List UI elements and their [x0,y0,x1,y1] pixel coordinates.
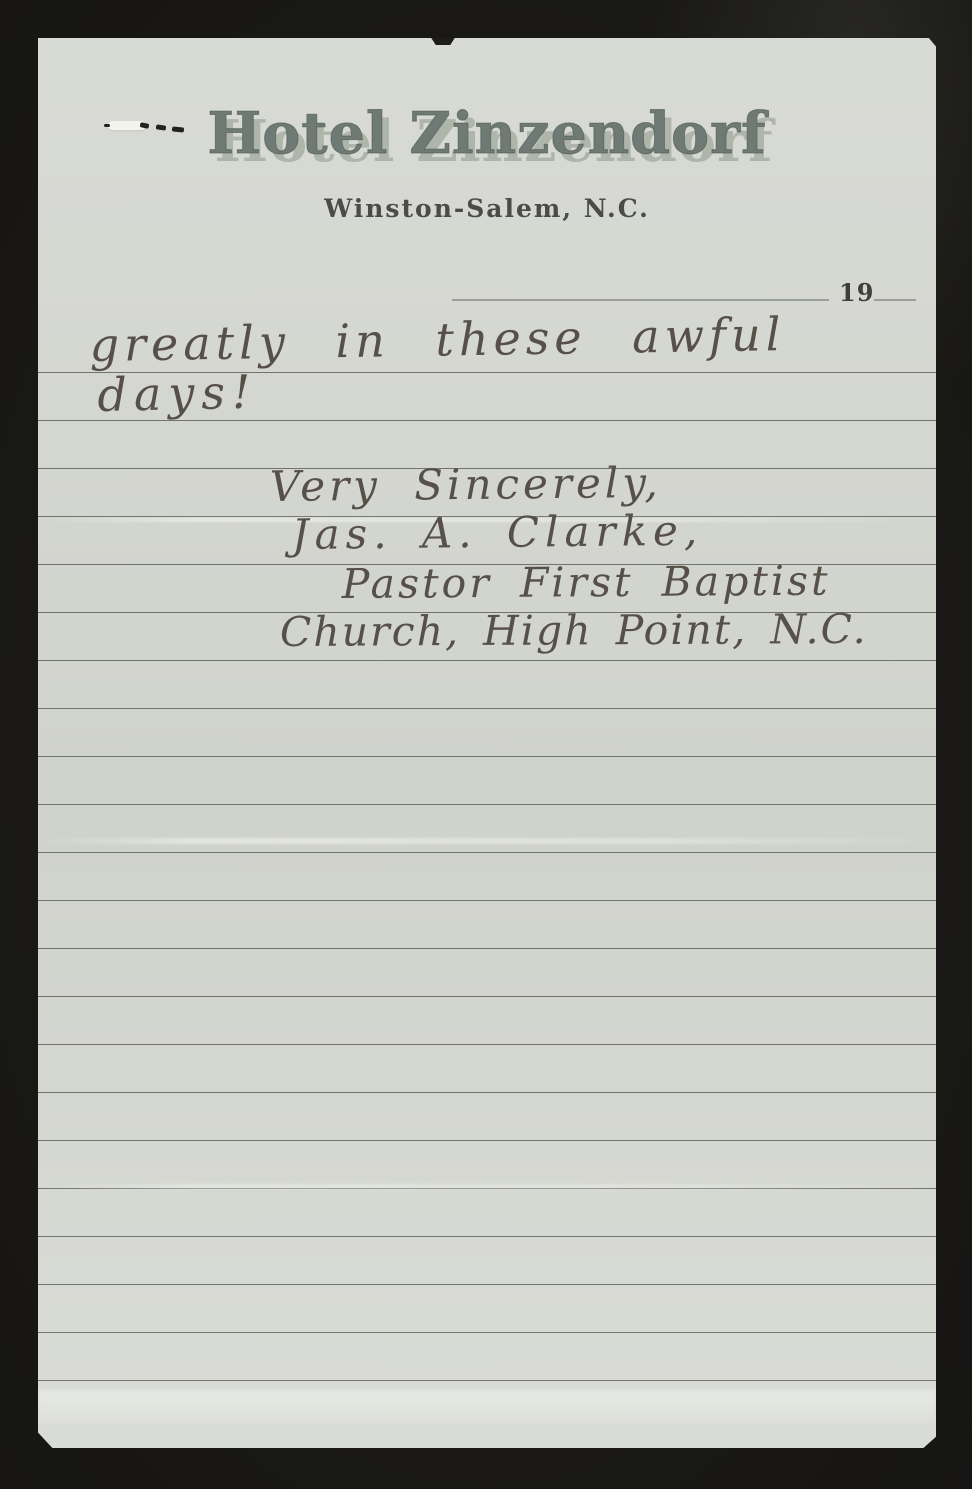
handwriting-line-1: greatly in these awful [89,307,786,372]
handwriting-title-line-1: Pastor First Baptist [342,557,831,608]
handwriting-closing: Very Sincerely, [269,458,661,511]
paper-crease [38,1184,936,1189]
year-prefix: 19 [839,278,874,307]
paper-crease [38,838,936,844]
hotel-name: Hotel Zinzendorf [38,100,936,167]
ink-speck [104,124,110,127]
letterhead-location: Winston-Salem, N.C. [38,194,936,223]
date-rule-short [874,299,916,301]
scanned-letter: Hotel Zinzendorf Winston-Salem, N.C. 19 … [0,0,972,1489]
ink-speck [172,126,184,132]
handwriting-title-line-2: Church, High Point, N.C. [280,605,868,656]
paper-scratch [108,121,146,130]
ink-speck [156,124,167,130]
ink-speck [140,122,150,129]
handwriting-signature: Jas. A. Clarke, [291,506,703,559]
paper-edge-notch [430,36,456,45]
handwriting-line-2: days! [97,365,258,422]
letter-paper: Hotel Zinzendorf Winston-Salem, N.C. 19 … [38,38,936,1448]
date-rule-long [452,299,829,301]
paper-bottom-crease [38,1390,936,1424]
